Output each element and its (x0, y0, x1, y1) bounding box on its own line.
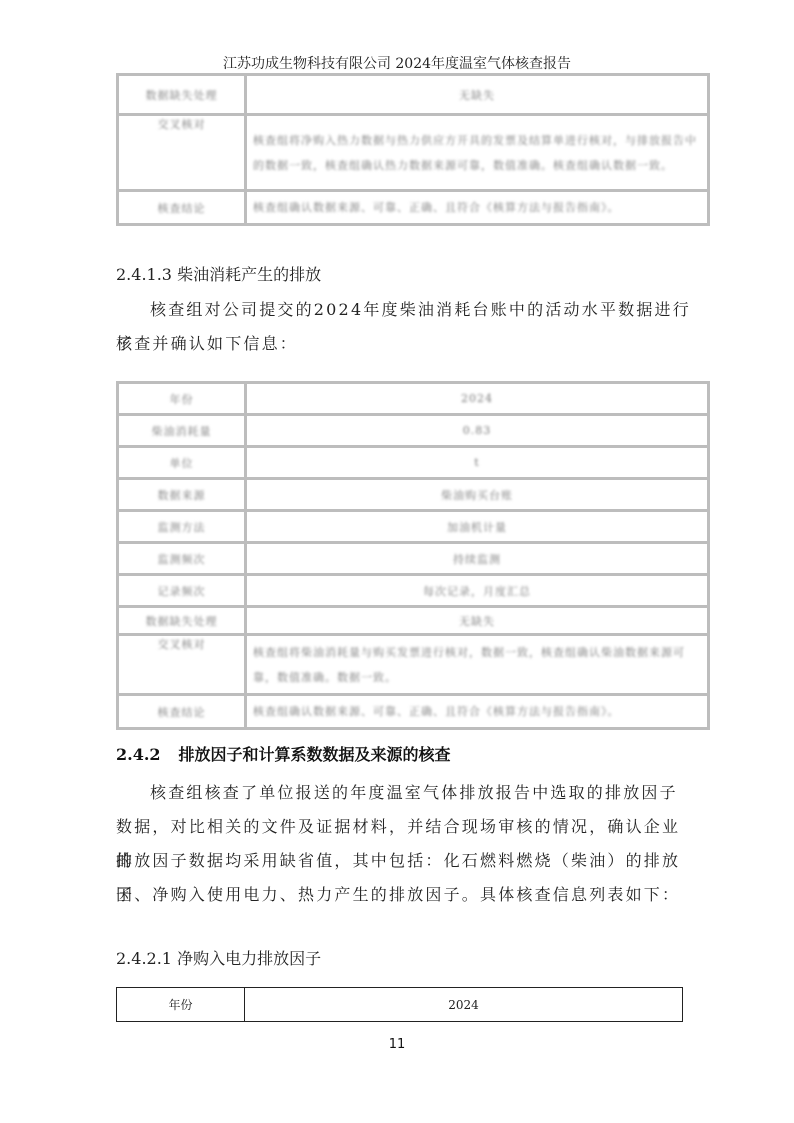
table-row: 数据缺失处理无缺失 (118, 75, 709, 115)
paragraph-emission-factor-line1: 核查组核查了单位报送的年度温室气体排放报告中选取的排放因子 (116, 776, 696, 810)
row-value: 持续监测 (246, 543, 709, 575)
section-title: 排放因子和计算系数数据及来源的核查 (179, 745, 451, 764)
page-number: 11 (0, 1037, 794, 1052)
row-label: 单位 (118, 447, 246, 479)
table-row: 柴油消耗量0.83 (118, 415, 709, 447)
row-label: 年份 (117, 988, 245, 1022)
paragraph-diesel-intro-line2: 核查并确认如下信息： (116, 327, 696, 361)
table-row: 核查结论核查组确认数据来源、可靠、正确、且符合《核算方法与报告指南》。 (118, 695, 709, 729)
row-value: 核查组确认数据来源、可靠、正确、且符合《核算方法与报告指南》。 (246, 695, 709, 729)
row-label: 数据缺失处理 (118, 75, 246, 115)
table-row: 核查结论核查组确认数据来源、可靠、正确、且符合《核算方法与报告指南》。 (118, 191, 709, 225)
row-value: 核查组将柴油消耗量与购买发票进行核对，数据一致，核查组确认柴油数据来源可靠，数值… (246, 635, 709, 695)
row-label: 数据来源 (118, 479, 246, 511)
row-value: 每次记录，月度汇总 (246, 575, 709, 607)
diesel-data-table: 年份2024柴油消耗量0.83单位t数据来源柴油购买台账监测方法加油机计量监测频… (116, 381, 710, 730)
table-row: 监测方法加油机计量 (118, 511, 709, 543)
row-value: 2024 (246, 383, 709, 415)
table-row: 交叉核对核查组将净购入热力数据与热力供应方开具的发票及结算单进行核对，与排放报告… (118, 115, 709, 191)
row-label: 交叉核对 (118, 115, 246, 191)
page-header: 江苏功成生物科技有限公司 2024年度温室气体核查报告 (0, 53, 794, 73)
row-label: 年份 (118, 383, 246, 415)
row-value: 0.83 (246, 415, 709, 447)
table-row: 年份2024 (118, 383, 709, 415)
table-row: 交叉核对核查组将柴油消耗量与购买发票进行核对，数据一致，核查组确认柴油数据来源可… (118, 635, 709, 695)
heat-data-table-continued: 数据缺失处理无缺失交叉核对核查组将净购入热力数据与热力供应方开具的发票及结算单进… (116, 73, 710, 226)
row-value: 无缺失 (246, 607, 709, 635)
table-row: 监测频次持续监测 (118, 543, 709, 575)
row-label: 监测频次 (118, 543, 246, 575)
section-heading-2413: 2.4.1.3 柴油消耗产生的排放 (116, 262, 321, 285)
row-label: 核查结论 (118, 191, 246, 225)
table-row: 记录频次每次记录，月度汇总 (118, 575, 709, 607)
row-label: 核查结论 (118, 695, 246, 729)
row-label: 柴油消耗量 (118, 415, 246, 447)
paragraph-emission-factor-line4: 子、净购入使用电力、热力产生的排放因子。具体核查信息列表如下： (116, 878, 696, 912)
section-heading-242: 2.4.2排放因子和计算系数数据及来源的核查 (116, 742, 451, 765)
row-value: t (246, 447, 709, 479)
section-number: 2.4.2 (116, 745, 161, 764)
table-row: 年份 2024 (117, 988, 683, 1022)
row-label: 交叉核对 (118, 635, 246, 695)
row-value: 加油机计量 (246, 511, 709, 543)
row-value: 核查组确认数据来源、可靠、正确、且符合《核算方法与报告指南》。 (246, 191, 709, 225)
table-row: 数据来源柴油购买台账 (118, 479, 709, 511)
row-value: 无缺失 (246, 75, 709, 115)
electricity-factor-table: 年份 2024 (116, 987, 683, 1022)
table-row: 单位t (118, 447, 709, 479)
row-label: 监测方法 (118, 511, 246, 543)
row-label: 数据缺失处理 (118, 607, 246, 635)
table-row: 数据缺失处理无缺失 (118, 607, 709, 635)
row-value: 2024 (245, 988, 683, 1022)
row-value: 核查组将净购入热力数据与热力供应方开具的发票及结算单进行核对，与排放报告中的数据… (246, 115, 709, 191)
section-heading-2421: 2.4.2.1 净购入电力排放因子 (116, 946, 321, 969)
row-value: 柴油购买台账 (246, 479, 709, 511)
row-label: 记录频次 (118, 575, 246, 607)
